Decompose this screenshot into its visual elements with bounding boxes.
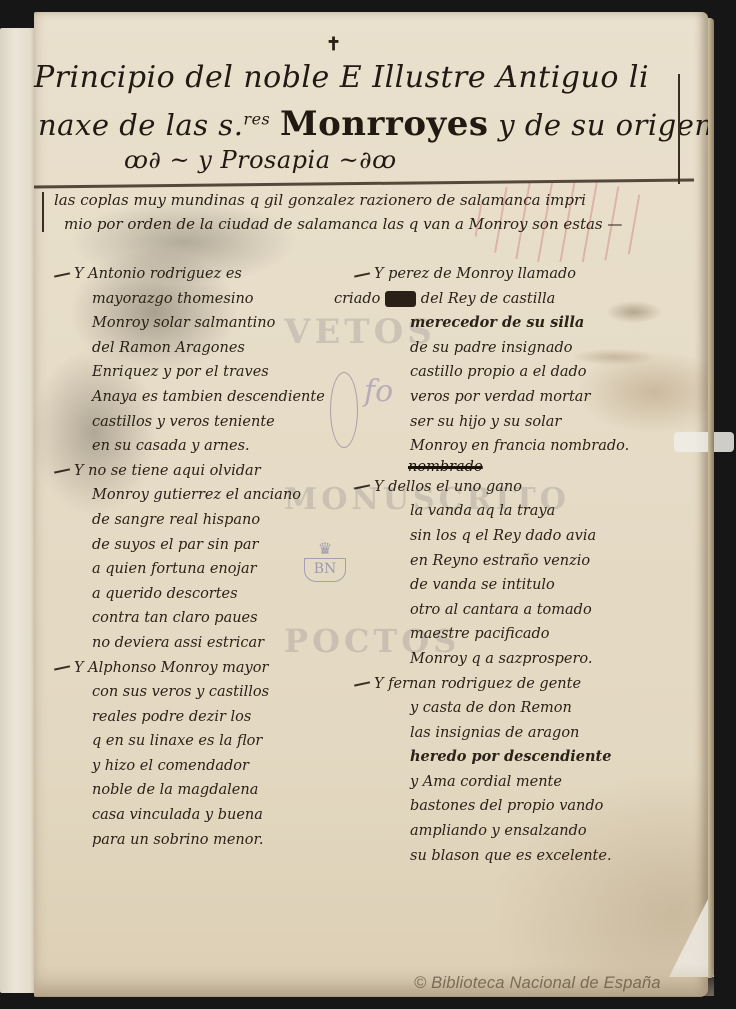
stanza: Y perez de Monroy llamado criado hijo de… (334, 262, 674, 459)
title-line-3-text: y Prosapia (198, 146, 330, 174)
paper-repair-patch (674, 432, 734, 452)
verse-line: y hizo el comendador (54, 754, 354, 779)
verse-line: de su padre insignado (334, 336, 674, 361)
verse-line: noble de la magdalena (54, 778, 354, 803)
verse-line: y casta de don Remon (334, 696, 674, 721)
verse-line: de vanda se intitulo (334, 573, 674, 598)
verse-line: con sus veros y castillos (54, 680, 354, 705)
verse-line: ampliando y ensalzando (334, 819, 674, 844)
verse-column-right: Y perez de Monroy llamado criado hijo de… (334, 262, 674, 868)
verse-line: reales podre dezir los (54, 705, 354, 730)
title-frame-line (678, 74, 680, 184)
verse-line-text: del Rey de castilla (421, 291, 555, 307)
flourish-left: ꝏ∂ ~ (124, 146, 198, 174)
verse-line: de suyos el par sin par (54, 533, 354, 558)
verse-line: a querido descortes (54, 582, 354, 607)
verse-line: Monroy gutierrez el anciano (54, 483, 354, 508)
verse-line: Y fernan rodriguez de gente (334, 672, 674, 697)
cross-icon: ✝ (326, 34, 341, 55)
verse-line: las insignias de aragon (334, 721, 674, 746)
title-superscript: res (243, 109, 270, 128)
verse-line: en Reyno estraño venzio (334, 549, 674, 574)
verse-line: casa vinculada y buena (54, 803, 354, 828)
verse-line: de sangre real hispano (54, 508, 354, 533)
verse-line: Y no se tiene aqui olvidar (54, 459, 354, 484)
verse-line: heredo por descendiente (334, 745, 674, 770)
title-line-1: Principio del noble E Illustre Antiguo l… (34, 60, 649, 95)
verse-line: veros por verdad mortar (334, 385, 674, 410)
margin-word: criado (334, 291, 380, 307)
verse-line: Anaya es tambien descendiente (54, 385, 354, 410)
verse-line: Monroy q a sazprospero. (334, 647, 674, 672)
title-line-2: naxe de las s.res Monrroyes y de su orig… (38, 104, 714, 144)
verse-line: sin los q el Rey dado avia (334, 524, 674, 549)
verse-line: castillo propio a el dado (334, 360, 674, 385)
stanza: Y no se tiene aqui olvidar Monroy gutier… (54, 459, 354, 656)
verse-line: maestre pacificado (334, 622, 674, 647)
stanza: nombrado Y dellos el uno gano la vanda a… (334, 459, 674, 672)
intro-bracket (42, 192, 44, 232)
verse-line: bastones del propio vando (334, 794, 674, 819)
verse-line: Monroy en francia nombrado. (334, 434, 674, 459)
title-block: ✝ Principio del noble E Illustre Antiguo… (34, 30, 674, 180)
intro-text: las coplas muy mundinas q gil gonzalez r… (54, 188, 694, 236)
flourish-right: ~∂ꝏ (331, 146, 397, 174)
intro-line: mio por orden de la ciudad de salamanca … (54, 212, 694, 236)
verse-line: castillos y veros teniente (54, 410, 354, 435)
verse-line: la vanda aq la traya (334, 499, 674, 524)
manuscript-page: VETOS MONUSCRITO POCTOS fo ♛ BN ✝ Princi… (34, 12, 708, 997)
stanza: Y fernan rodriguez de gente y casta de d… (334, 672, 674, 869)
verse-line: Y perez de Monroy llamado (334, 262, 674, 287)
binding-flyleaf (0, 28, 38, 993)
family-name: Monrroyes (280, 104, 489, 144)
verse-line: en su casada y arnes. (54, 434, 354, 459)
verse-line: Monroy solar salmantino (54, 311, 354, 336)
verse-line: otro al cantara a tomado (334, 598, 674, 623)
blotted-word: hijo (385, 291, 416, 307)
verse-line: ser su hijo y su solar (334, 410, 674, 435)
verse-line: criado hijo del Rey de castilla (334, 287, 674, 312)
verse-line: para un sobrino menor. (54, 828, 354, 853)
struck-line: nombrado (334, 459, 674, 475)
copyright-watermark: © Biblioteca Nacional de España (414, 974, 661, 993)
verse-line: del Ramon Aragones (54, 336, 354, 361)
title-line-3: ꝏ∂ ~ y Prosapia ~∂ꝏ (124, 146, 397, 174)
manuscript-scan: VETOS MONUSCRITO POCTOS fo ♛ BN ✝ Princi… (0, 0, 736, 1009)
verse-line: q en su linaxe es la flor (54, 729, 354, 754)
intro-line: las coplas muy mundinas q gil gonzalez r… (54, 188, 694, 212)
stanza: Y Alphonso Monroy mayor con sus veros y … (54, 656, 354, 853)
verse-line: Enriquez y por el traves (54, 360, 354, 385)
verse-line: contra tan claro paues (54, 606, 354, 631)
verse-line: Y Alphonso Monroy mayor (54, 656, 354, 681)
title-line-2-prefix: naxe de las s. (38, 108, 243, 142)
verse-line: su blason que es excelente. (334, 844, 674, 869)
verse-line: a quien fortuna enojar (54, 557, 354, 582)
verse-column-left: Y Antonio rodriguez es mayorazgo thomesi… (54, 262, 354, 852)
stanza: Y Antonio rodriguez es mayorazgo thomesi… (54, 262, 354, 459)
verse-line: merecedor de su silla (334, 311, 674, 336)
verse-line: y Ama cordial mente (334, 770, 674, 795)
verse-line: no deviera assi estricar (54, 631, 354, 656)
verse-line: mayorazgo thomesino (54, 287, 354, 312)
verse-line: Y Antonio rodriguez es (54, 262, 354, 287)
verse-line: Y dellos el uno gano (334, 475, 674, 500)
